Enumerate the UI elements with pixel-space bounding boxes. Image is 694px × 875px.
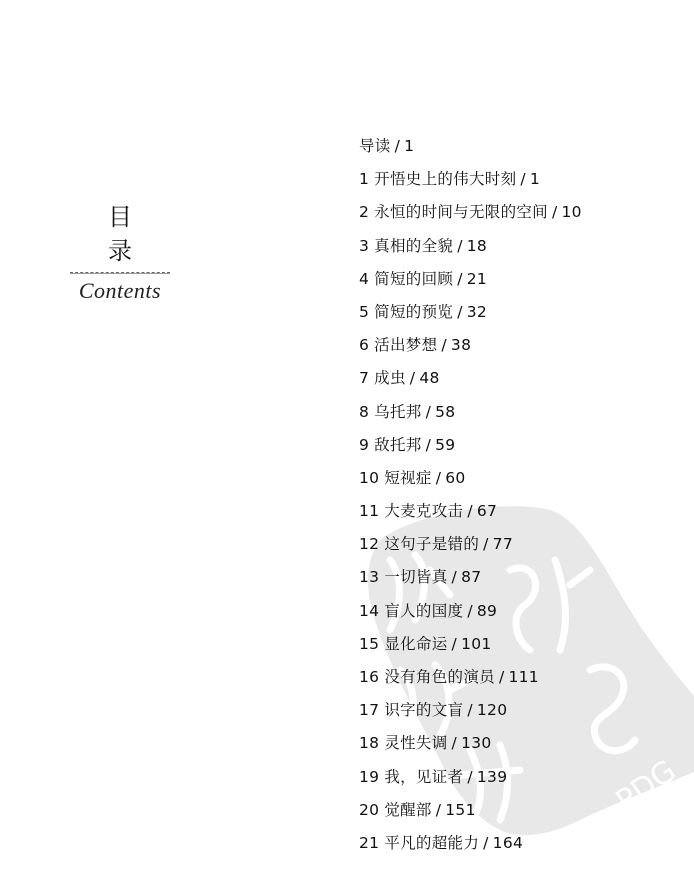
toc-entry-title: 识字的文盲 (384, 701, 463, 719)
toc-entry-number: 7 (359, 369, 369, 387)
toc-entry-title: 活出梦想 (374, 336, 437, 354)
toc-separator: / (441, 336, 447, 354)
toc-entry-number: 12 (359, 535, 379, 553)
toc-entry[interactable]: 1开悟史上的伟大时刻/1 (359, 163, 582, 196)
toc-entry-title: 导读 (359, 137, 391, 155)
toc-entry-intro[interactable]: 导读/1 (359, 130, 582, 163)
toc-separator: / (395, 137, 401, 155)
toc-entry-number: 18 (359, 734, 379, 752)
toc-entry-number: 21 (359, 834, 379, 852)
document-page: PDG 目录 Contents 导读/1 1开悟史上的伟大时刻/1 2永恒的时间… (0, 0, 694, 875)
english-title: Contents (70, 278, 170, 304)
toc-entry[interactable]: 3真相的全貌/18 (359, 230, 582, 263)
toc-separator: / (436, 801, 442, 819)
toc-entry-number: 8 (359, 403, 369, 421)
toc-separator: / (436, 469, 442, 487)
toc-entry-page: 164 (493, 834, 524, 852)
toc-entry-page: 1 (404, 137, 414, 155)
toc-separator: / (452, 568, 458, 586)
toc-entry[interactable]: 5简短的预览/32 (359, 296, 582, 329)
toc-entry-number: 9 (359, 436, 369, 454)
toc-entry-page: 89 (477, 602, 497, 620)
title-divider (70, 272, 170, 274)
toc-entry-page: 21 (467, 270, 487, 288)
toc-entry-title: 觉醒部 (384, 801, 431, 819)
toc-entry[interactable]: 9敌托邦/59 (359, 429, 582, 462)
toc-separator: / (552, 203, 558, 221)
toc-entry-title: 真相的全貌 (374, 237, 453, 255)
toc-entry[interactable]: 19我，见证者/139 (359, 761, 582, 794)
toc-entry-number: 13 (359, 568, 379, 586)
toc-entry-title: 永恒的时间与无限的空间 (374, 203, 548, 221)
toc-entry-title: 灵性失调 (384, 734, 447, 752)
toc-entry-number: 11 (359, 502, 379, 520)
toc-entry[interactable]: 2永恒的时间与无限的空间/10 (359, 196, 582, 229)
toc-entry[interactable]: 21平凡的超能力/164 (359, 827, 582, 860)
toc-entry-page: 111 (508, 668, 539, 686)
toc-separator: / (499, 668, 505, 686)
toc-separator: / (483, 535, 489, 553)
toc-entry-page: 120 (477, 701, 508, 719)
toc-separator: / (452, 734, 458, 752)
toc-entry-page: 48 (419, 369, 439, 387)
toc-entry[interactable]: 13一切皆真/87 (359, 561, 582, 594)
toc-entry-page: 10 (562, 203, 582, 221)
toc-entry-title: 盲人的国度 (384, 602, 463, 620)
toc-entry[interactable]: 7成虫/48 (359, 362, 582, 395)
toc-entry[interactable]: 11大麦克攻击/67 (359, 495, 582, 528)
toc-entry[interactable]: 4简短的回顾/21 (359, 263, 582, 296)
toc-entry-title: 平凡的超能力 (384, 834, 479, 852)
toc-entry-number: 4 (359, 270, 369, 288)
toc-entry-number: 5 (359, 303, 369, 321)
toc-entry-page: 139 (477, 768, 508, 786)
toc-separator: / (457, 237, 463, 255)
toc-entry-title: 显化命运 (384, 635, 447, 653)
toc-separator: / (457, 270, 463, 288)
toc-entry-page: 58 (435, 403, 455, 421)
toc-entry-number: 10 (359, 469, 379, 487)
toc-separator: / (483, 834, 489, 852)
toc-entry-title: 这句子是错的 (384, 535, 479, 553)
toc-entry[interactable]: 10短视症/60 (359, 462, 582, 495)
toc-entry-title: 简短的预览 (374, 303, 453, 321)
toc-entry-title: 简短的回顾 (374, 270, 453, 288)
toc-entry-title: 成虫 (374, 369, 406, 387)
toc-entry-number: 2 (359, 203, 369, 221)
toc-entry-title: 开悟史上的伟大时刻 (374, 170, 516, 188)
toc-entry-number: 3 (359, 237, 369, 255)
toc-entry-page: 77 (493, 535, 513, 553)
toc-entry-page: 59 (435, 436, 455, 454)
toc-entry-page: 1 (530, 170, 540, 188)
toc-entry-title: 没有角色的演员 (384, 668, 495, 686)
toc-separator: / (467, 602, 473, 620)
toc-entry-title: 敌托邦 (374, 436, 421, 454)
toc-entry[interactable]: 12这句子是错的/77 (359, 528, 582, 561)
toc-entry[interactable]: 15显化命运/101 (359, 628, 582, 661)
contents-heading: 目录 Contents (70, 200, 170, 304)
toc-entry[interactable]: 18灵性失调/130 (359, 727, 582, 760)
toc-entry-page: 130 (461, 734, 492, 752)
toc-separator: / (452, 635, 458, 653)
toc-entry[interactable]: 20觉醒部/151 (359, 794, 582, 827)
toc-entry-page: 87 (461, 568, 481, 586)
toc-entry-number: 20 (359, 801, 379, 819)
toc-entry-page: 101 (461, 635, 492, 653)
toc-entry-title: 大麦克攻击 (384, 502, 463, 520)
chinese-title: 目录 (70, 200, 170, 268)
toc-separator: / (467, 768, 473, 786)
table-of-contents: 导读/1 1开悟史上的伟大时刻/1 2永恒的时间与无限的空间/10 3真相的全貌… (359, 130, 582, 860)
toc-entry-page: 18 (467, 237, 487, 255)
toc-entry-page: 151 (445, 801, 476, 819)
toc-entry[interactable]: 14盲人的国度/89 (359, 595, 582, 628)
toc-entry-number: 19 (359, 768, 379, 786)
toc-entry[interactable]: 6活出梦想/38 (359, 329, 582, 362)
toc-separator: / (426, 403, 432, 421)
toc-separator: / (457, 303, 463, 321)
toc-entry-number: 15 (359, 635, 379, 653)
toc-entry[interactable]: 8乌托邦/58 (359, 396, 582, 429)
toc-separator: / (467, 502, 473, 520)
toc-separator: / (467, 701, 473, 719)
toc-entry-number: 16 (359, 668, 379, 686)
toc-entry-page: 38 (451, 336, 471, 354)
toc-entry-title: 我，见证者 (384, 768, 463, 786)
toc-separator: / (426, 436, 432, 454)
toc-separator: / (410, 369, 416, 387)
toc-entry-page: 32 (467, 303, 487, 321)
toc-separator: / (520, 170, 526, 188)
toc-entry-title: 乌托邦 (374, 403, 421, 421)
toc-entry[interactable]: 16没有角色的演员/111 (359, 661, 582, 694)
toc-entry[interactable]: 17识字的文盲/120 (359, 694, 582, 727)
toc-entry-page: 67 (477, 502, 497, 520)
svg-text:PDG: PDG (610, 753, 683, 819)
toc-entry-title: 一切皆真 (384, 568, 447, 586)
toc-entry-page: 60 (445, 469, 465, 487)
toc-entry-number: 17 (359, 701, 379, 719)
toc-entry-number: 6 (359, 336, 369, 354)
toc-entry-number: 14 (359, 602, 379, 620)
toc-entry-title: 短视症 (384, 469, 431, 487)
toc-entry-number: 1 (359, 170, 369, 188)
